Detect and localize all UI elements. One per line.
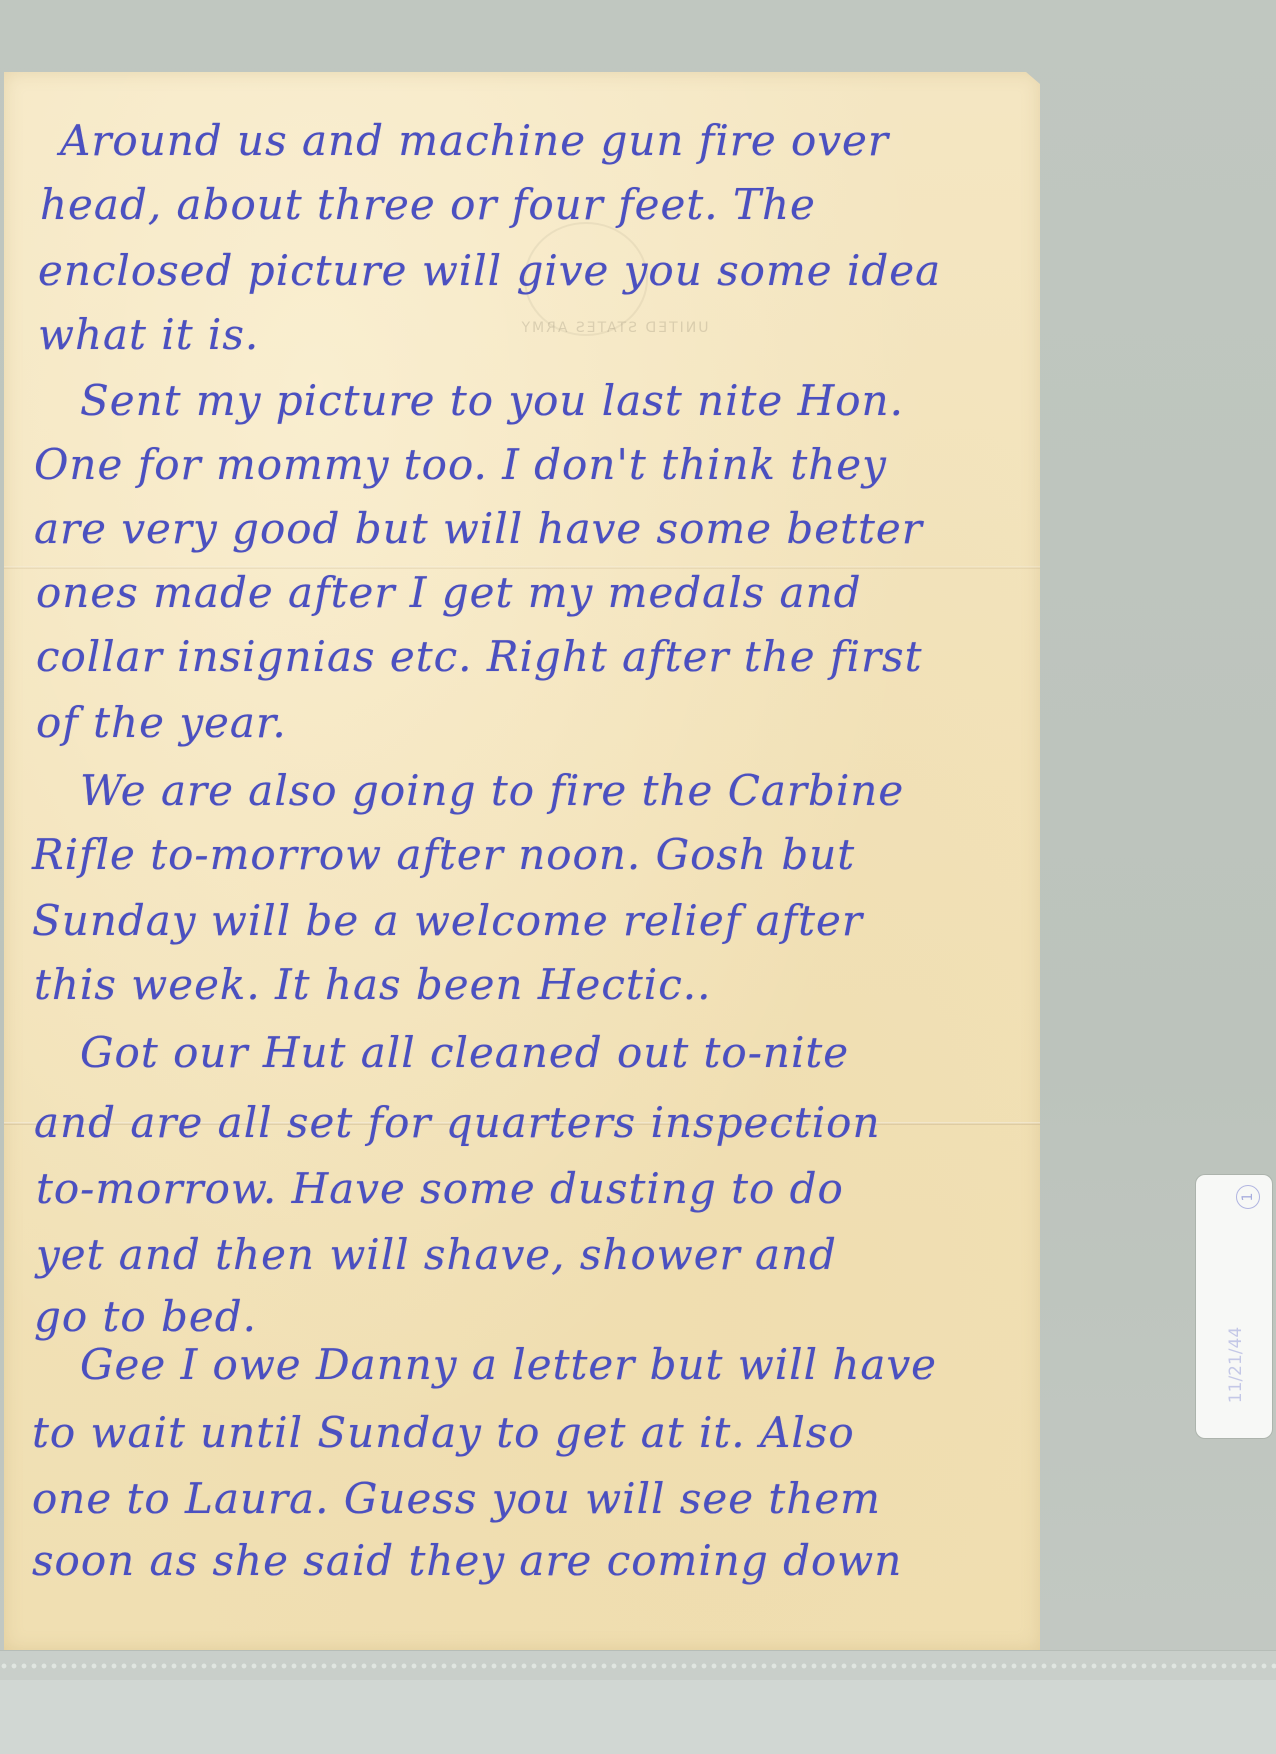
archive-date-note: 11/21/44 (1226, 1305, 1246, 1425)
text-line: Around us and machine gun fire over (60, 120, 889, 162)
text-line: One for mommy too. I don't think they (34, 444, 887, 486)
handwritten-text: Around us and machine gun fire over head… (4, 72, 1040, 1650)
text-line: yet and then will shave, shower and (36, 1234, 837, 1276)
text-line: enclosed picture will give you some idea (38, 250, 941, 292)
text-line: go to bed. (34, 1296, 257, 1338)
text-line: are very good but will have some better (34, 508, 923, 550)
text-line: Sunday will be a welcome relief after (32, 900, 863, 942)
sleeve-bottom (0, 1680, 1276, 1754)
text-line: Sent my picture to you last nite Hon. (80, 380, 904, 422)
text-line: Gee I owe Danny a letter but will have (80, 1344, 937, 1386)
text-line: and are all set for quarters inspection (34, 1102, 881, 1144)
text-line: this week. It has been Hectic.. (34, 964, 711, 1006)
text-line: head, about three or four feet. The (40, 184, 816, 226)
text-line: to-morrow. Have some dusting to do (36, 1168, 844, 1210)
letter-page: UNITED STATES ARMY Around us and machine… (4, 72, 1040, 1650)
text-line: of the year. (36, 702, 287, 744)
text-line: one to Laura. Guess you will see them (32, 1478, 881, 1520)
sleeve-seal-strip (0, 1650, 1276, 1683)
text-line: what it is. (38, 314, 259, 356)
text-line: collar insignias etc. Right after the fi… (36, 636, 922, 678)
sleeve-perforation (0, 1662, 1276, 1670)
text-line: ones made after I get my medals and (36, 572, 862, 614)
text-line: Rifle to-morrow after noon. Gosh but (32, 834, 855, 876)
archive-label: 1 11/21/44 (1196, 1175, 1272, 1438)
page-number-circle: 1 (1236, 1185, 1260, 1209)
text-line: soon as she said they are coming down (32, 1540, 902, 1582)
text-line: Got our Hut all cleaned out to-nite (80, 1032, 849, 1074)
text-line: We are also going to fire the Carbine (80, 770, 904, 812)
text-line: to wait until Sunday to get at it. Also (32, 1412, 855, 1454)
